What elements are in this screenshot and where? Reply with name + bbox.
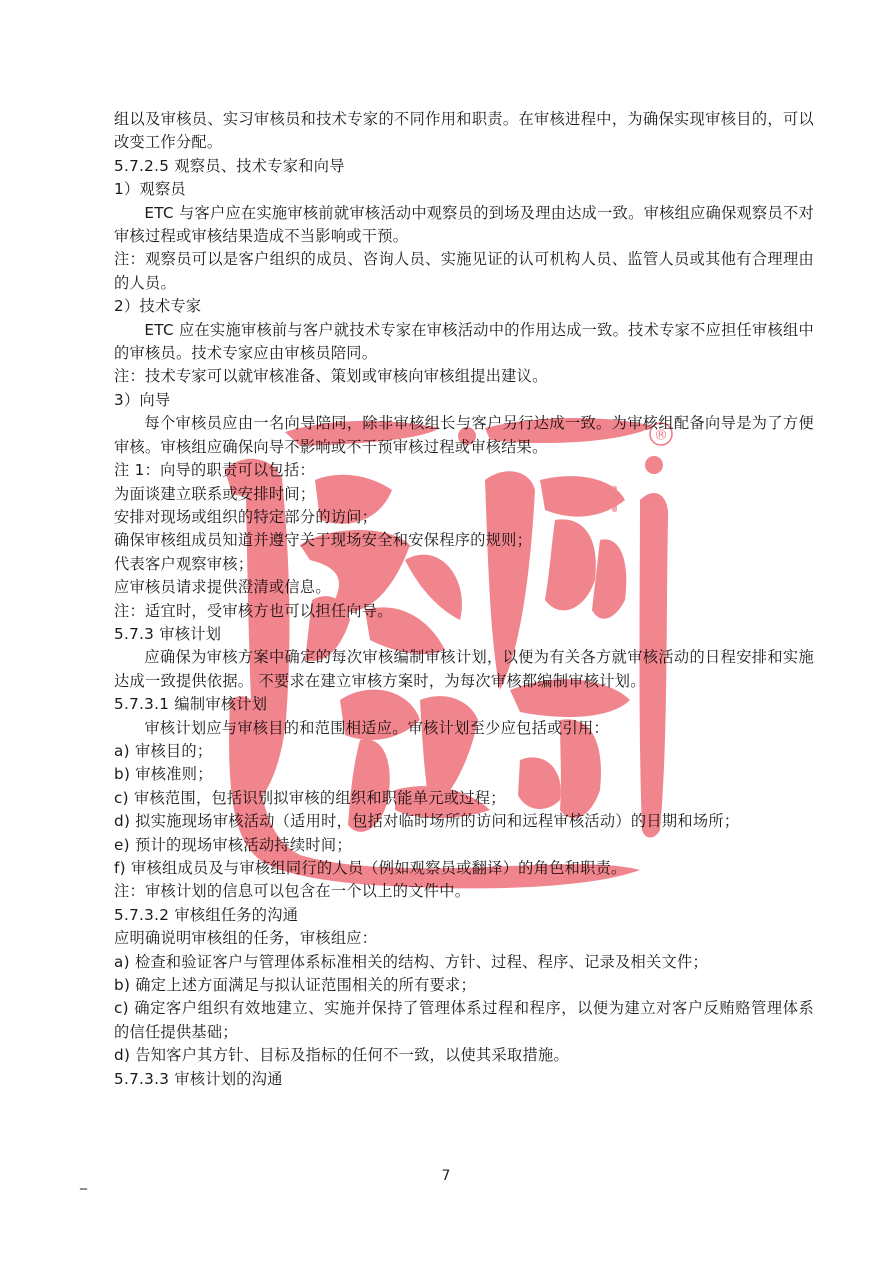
list-item: 确保审核组成员知道并遵守关于现场安全和安保程序的规则； <box>114 529 814 552</box>
page-number: 7 <box>0 1168 892 1184</box>
list-item: d) 拟实施现场审核活动（适用时，包括对临时场所的访问和远程审核活动）的日期和场… <box>114 810 814 833</box>
paragraph: 应确保为审核方案中确定的每次审核编制审核计划，以便为有关各方就审核活动的日程安排… <box>114 646 814 693</box>
section-heading: 5.7.2.5 观察员、技术专家和向导 <box>114 155 814 178</box>
list-item: f) 审核组成员及与审核组同行的人员（例如观察员或翻译）的角色和职责。 <box>114 857 814 880</box>
subheading: 2）技术专家 <box>114 295 814 318</box>
note: 注：技术专家可以就审核准备、策划或审核向审核组提出建议。 <box>114 365 814 388</box>
section-heading: 5.7.3 审核计划 <box>114 623 814 646</box>
paragraph: 每个审核员应由一名向导陪同，除非审核组长与客户另行达成一致。为审核组配备向导是为… <box>114 412 814 459</box>
list-item: c) 确定客户组织有效地建立、实施并保持了管理体系过程和程序，以便为建立对客户反… <box>114 997 814 1044</box>
list-item: a) 检查和验证客户与管理体系标准相关的结构、方针、过程、程序、记录及相关文件； <box>114 951 814 974</box>
paragraph: 应明确说明审核组的任务，审核组应： <box>114 927 814 950</box>
section-heading: 5.7.3.1 编制审核计划 <box>114 693 814 716</box>
subheading: 1）观察员 <box>114 178 814 201</box>
paragraph: ETC 与客户应在实施审核前就审核活动中观察员的到场及理由达成一致。审核组应确保… <box>114 202 814 249</box>
list-item: 应审核员请求提供澄清或信息。 <box>114 576 814 599</box>
list-item: a) 审核目的； <box>114 740 814 763</box>
paragraph: ETC 应在实施审核前与客户就技术专家在审核活动中的作用达成一致。技术专家不应担… <box>114 319 814 366</box>
paragraph: 审核计划应与审核目的和范围相适应。审核计划至少应包括或引用： <box>114 717 814 740</box>
section-heading: 5.7.3.2 审核组任务的沟通 <box>114 904 814 927</box>
list-item: 安排对现场或组织的特定部分的访问； <box>114 506 814 529</box>
note: 注：观察员可以是客户组织的成员、咨询人员、实施见证的认可机构人员、监管人员或其他… <box>114 248 814 295</box>
subheading: 3）向导 <box>114 389 814 412</box>
document-page: 组以及审核员、实习审核员和技术专家的不同作用和职责。在审核进程中，为确保实现审核… <box>0 0 892 1262</box>
list-item: 代表客户观察审核； <box>114 553 814 576</box>
list-item: 为面谈建立联系或安排时间； <box>114 483 814 506</box>
paragraph: 组以及审核员、实习审核员和技术专家的不同作用和职责。在审核进程中，为确保实现审核… <box>114 108 814 155</box>
list-item: b) 审核准则； <box>114 763 814 786</box>
list-item: d) 告知客户其方针、目标及指标的任何不一致，以使其采取措施。 <box>114 1044 814 1067</box>
list-item: c) 审核范围，包括识别拟审核的组织和职能单元或过程； <box>114 787 814 810</box>
section-heading: 5.7.3.3 审核计划的沟通 <box>114 1068 814 1091</box>
list-item: e) 预计的现场审核活动持续时间； <box>114 834 814 857</box>
document-body: 组以及审核员、实习审核员和技术专家的不同作用和职责。在审核进程中，为确保实现审核… <box>114 108 814 1091</box>
list-item: b) 确定上述方面满足与拟认证范围相关的所有要求； <box>114 974 814 997</box>
note: 注 1：向导的职责可以包括： <box>114 459 814 482</box>
note: 注：适宜时，受审核方也可以担任向导。 <box>114 600 814 623</box>
note: 注：审核计划的信息可以包含在一个以上的文件中。 <box>114 880 814 903</box>
